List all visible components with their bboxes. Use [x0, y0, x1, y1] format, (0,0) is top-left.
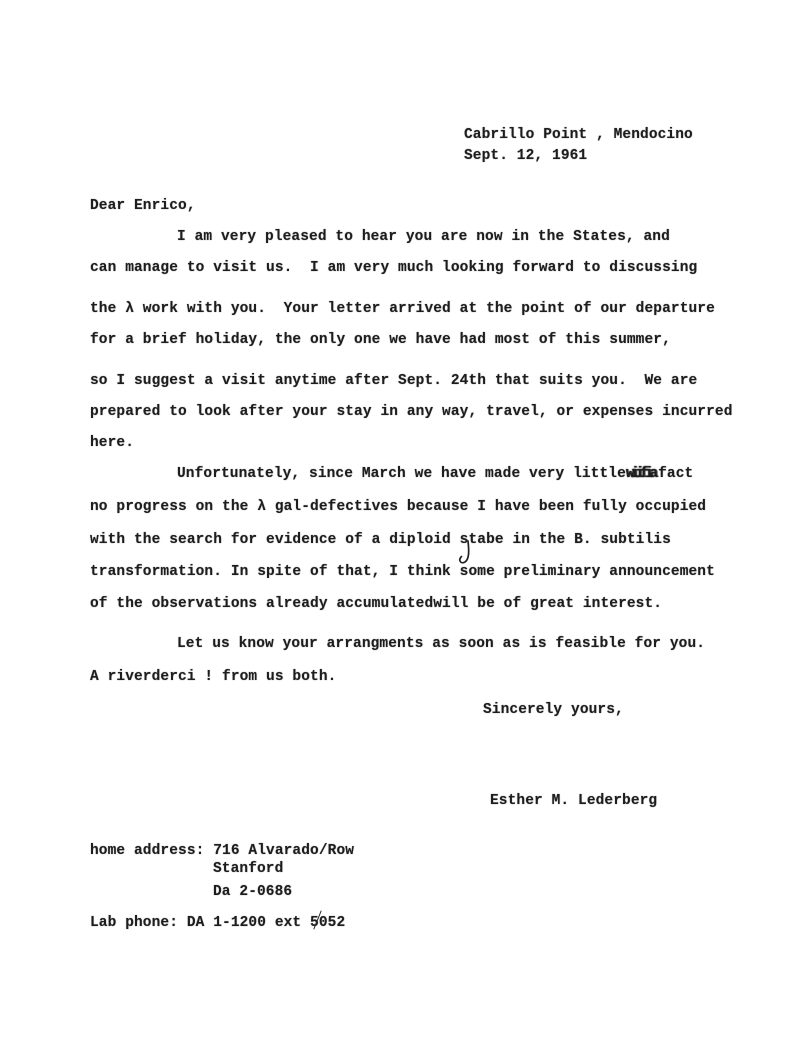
- body-line: with the search for evidence of a diploi…: [90, 530, 671, 550]
- footer-home-address: home address: 716 Alvarado/Row: [90, 841, 354, 861]
- body-line: A riverderci ! from us both.: [90, 667, 336, 687]
- body-line: no progress on the λ gal-defectives beca…: [90, 497, 706, 517]
- body-line: for a brief holiday, the only one we hav…: [90, 330, 671, 350]
- body-line: can manage to visit us. I am very much l…: [90, 258, 697, 278]
- dateline-date: Sept. 12, 1961: [464, 146, 587, 166]
- salutation: Dear Enrico,: [90, 196, 196, 216]
- body-line: of the observations already accumulatedw…: [90, 594, 662, 614]
- body-line: here.: [90, 433, 134, 453]
- body-line: Let us know your arrangments as soon as …: [177, 634, 705, 654]
- body-line: the λ work with you. Your letter arrived…: [90, 299, 715, 319]
- body-text-segment: fact: [658, 466, 693, 482]
- body-line: transformation. In spite of that, I thin…: [90, 562, 715, 582]
- body-line: so I suggest a visit anytime after Sept.…: [90, 371, 697, 391]
- signature: Esther M. Lederberg: [490, 791, 657, 811]
- body-line: prepared to look after your stay in any …: [90, 402, 733, 422]
- body-line: I am very pleased to hear you are now in…: [177, 227, 670, 247]
- footer-lab-phone: Lab phone: DA 1-1200 ext 5052: [90, 913, 345, 933]
- footer-home-city: Stanford: [213, 859, 283, 879]
- body-line: Unfortunately, since March we have made …: [177, 464, 693, 484]
- letter-page: Cabrillo Point , Mendocino Sept. 12, 196…: [0, 0, 800, 1041]
- dateline-location: Cabrillo Point , Mendocino: [464, 125, 693, 145]
- body-text-segment: Unfortunately, since March we have made …: [177, 466, 626, 482]
- footer-home-phone: Da 2-0686: [213, 882, 292, 902]
- overstruck-typo-text: wiifia: [626, 466, 654, 482]
- closing: Sincerely yours,: [483, 700, 624, 720]
